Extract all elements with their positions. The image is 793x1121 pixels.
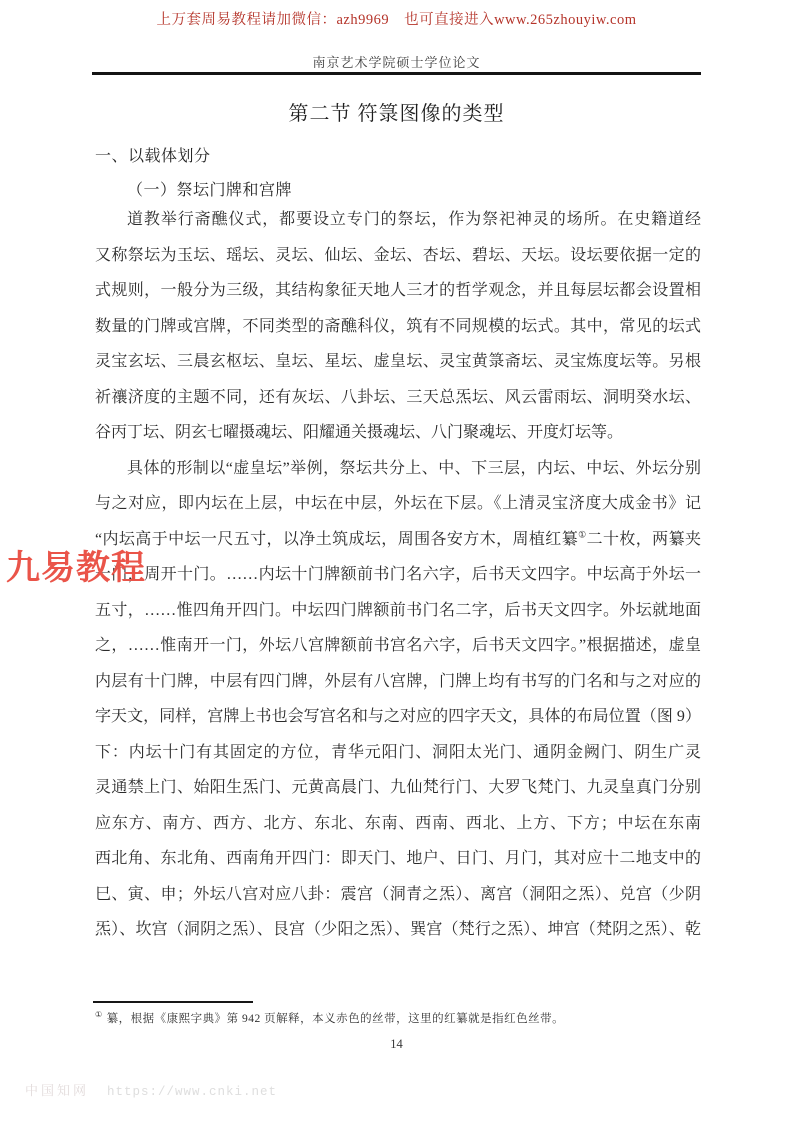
body-line: 灵通禁上门、始阳生炁门、元黄高晨门、九仙梵行门、大罗飞梵门、九灵皇真门分别对 <box>95 770 701 806</box>
page-number: 14 <box>0 1037 793 1052</box>
footnote-ref: ① <box>578 529 586 539</box>
body-line: 巳、寅、申；外坛八宫对应八卦：震宫（洞青之炁）、离宫（洞阳之炁）、兑宫（少阴之 <box>95 877 701 913</box>
body-line: 西北角、东北角、西南角开四门：即天门、地户、日门、月门，其对应十二地支中的亥、 <box>95 841 701 877</box>
footnote-marker: ① <box>95 1010 103 1019</box>
section-title: 第二节 符箓图像的类型 <box>0 97 793 126</box>
red-course-watermark: 九易教程 <box>6 540 146 589</box>
heading-load-type: 一、以载体划分 <box>95 143 211 166</box>
body-text: 道教举行斋醮仪式，都要设立专门的祭坛，作为祭祀神灵的场所。在史籍道经中，又称祭坛… <box>95 202 701 948</box>
body-line: 与之对应，即内坛在上层，中坛在中层，外坛在下层。《上清灵宝济度大成金书》记载： <box>95 486 701 522</box>
running-header: 南京艺术学院硕士学位论文 <box>0 52 793 71</box>
body-line: 灵宝玄坛、三晨玄枢坛、皇坛、星坛、虚皇坛、灵宝黄箓斋坛、灵宝炼度坛等。另根据 <box>95 344 701 380</box>
body-line: 又称祭坛为玉坛、瑶坛、灵坛、仙坛、金坛、杏坛、碧坛、天坛。设坛要依据一定的法 <box>95 238 701 274</box>
body-line: 式规则，一般分为三级，其结构象征天地人三才的哲学观念，并且每层坛都会设置相应 <box>95 273 701 309</box>
header-rule <box>92 72 701 75</box>
footnote-text: 纂，根据《康熙字典》第 942 页解释，本义赤色的丝带，这里的红纂就是指红色丝带… <box>107 1013 565 1025</box>
cnki-watermark: 中国知网https://www.cnki.net <box>25 1080 277 1100</box>
body-line: “内坛高于中坛一尺五寸，以净土筑成坛，周围各安方木，周植红纂①二十枚，两纂夹开 <box>95 522 701 558</box>
body-line: 内层有十门牌，中层有四门牌，外层有八宫牌，门牌上均有书写的门名和与之对应的四 <box>95 664 701 700</box>
thesis-page: 上万套周易教程请加微信：azh9969 也可直接进入www.265zhouyiw… <box>0 0 793 1121</box>
cnki-name-watermark: 中国知网 <box>25 1083 89 1098</box>
body-line: 数量的门牌或宫牌，不同类型的斋醮科仪，筑有不同规模的坛式。其中，常见的坛式有： <box>95 309 701 345</box>
footnote: ①纂，根据《康熙字典》第 942 页解释，本义赤色的丝带，这里的红纂就是指红色丝… <box>95 1010 701 1026</box>
body-line: 谷丙丁坛、阴玄七曜摄魂坛、阳耀通关摄魂坛、八门聚魂坛、开度灯坛等。 <box>95 415 701 451</box>
cnki-url-watermark: https://www.cnki.net <box>107 1085 277 1099</box>
body-line: 一门，周开十门。……内坛十门牌额前书门名六字，后书天文四字。中坛高于外坛一尺 <box>95 557 701 593</box>
heading-altar-plaques: （一）祭坛门牌和宫牌 <box>127 177 292 200</box>
body-line: 之，……惟南开一门，外坛八宫牌额前书宫名六字，后书天文四字。”根据描述，虚皇坛 <box>95 628 701 664</box>
body-line: 下：内坛十门有其固定的方位，青华元阳门、洞阳太光门、通阴金阙门、阴生广灵门、 <box>95 735 701 771</box>
body-line: 道教举行斋醮仪式，都要设立专门的祭坛，作为祭祀神灵的场所。在史籍道经中， <box>95 202 701 238</box>
body-line: 字天文，同样，宫牌上书也会写宫名和与之对应的四字天文，具体的布局位置（图 9）如 <box>95 699 701 735</box>
body-line: 炁）、坎宫（洞阴之炁）、艮宫（少阳之炁）、巽宫（梵行之炁）、坤宫（梵阴之炁）、乾… <box>95 912 701 948</box>
promo-header-text: 上万套周易教程请加微信：azh9969 也可直接进入www.265zhouyiw… <box>0 8 793 29</box>
body-line: 五寸，……惟四角开四门。中坛四门牌额前书门名二字，后书天文四字。外坛就地面为 <box>95 593 701 629</box>
body-line: 具体的形制以“虚皇坛”举例，祭坛共分上、中、下三层，内坛、中坛、外坛分别 <box>95 451 701 487</box>
body-line: 祈禳济度的主题不同，还有灰坛、八卦坛、三天总炁坛、风云雷雨坛、洞明癸水坛、旸 <box>95 380 701 416</box>
body-line: 应东方、南方、西方、北方、东北、东南、西南、西北、上方、下方；中坛在东南角、 <box>95 806 701 842</box>
footnote-rule <box>93 1001 253 1003</box>
